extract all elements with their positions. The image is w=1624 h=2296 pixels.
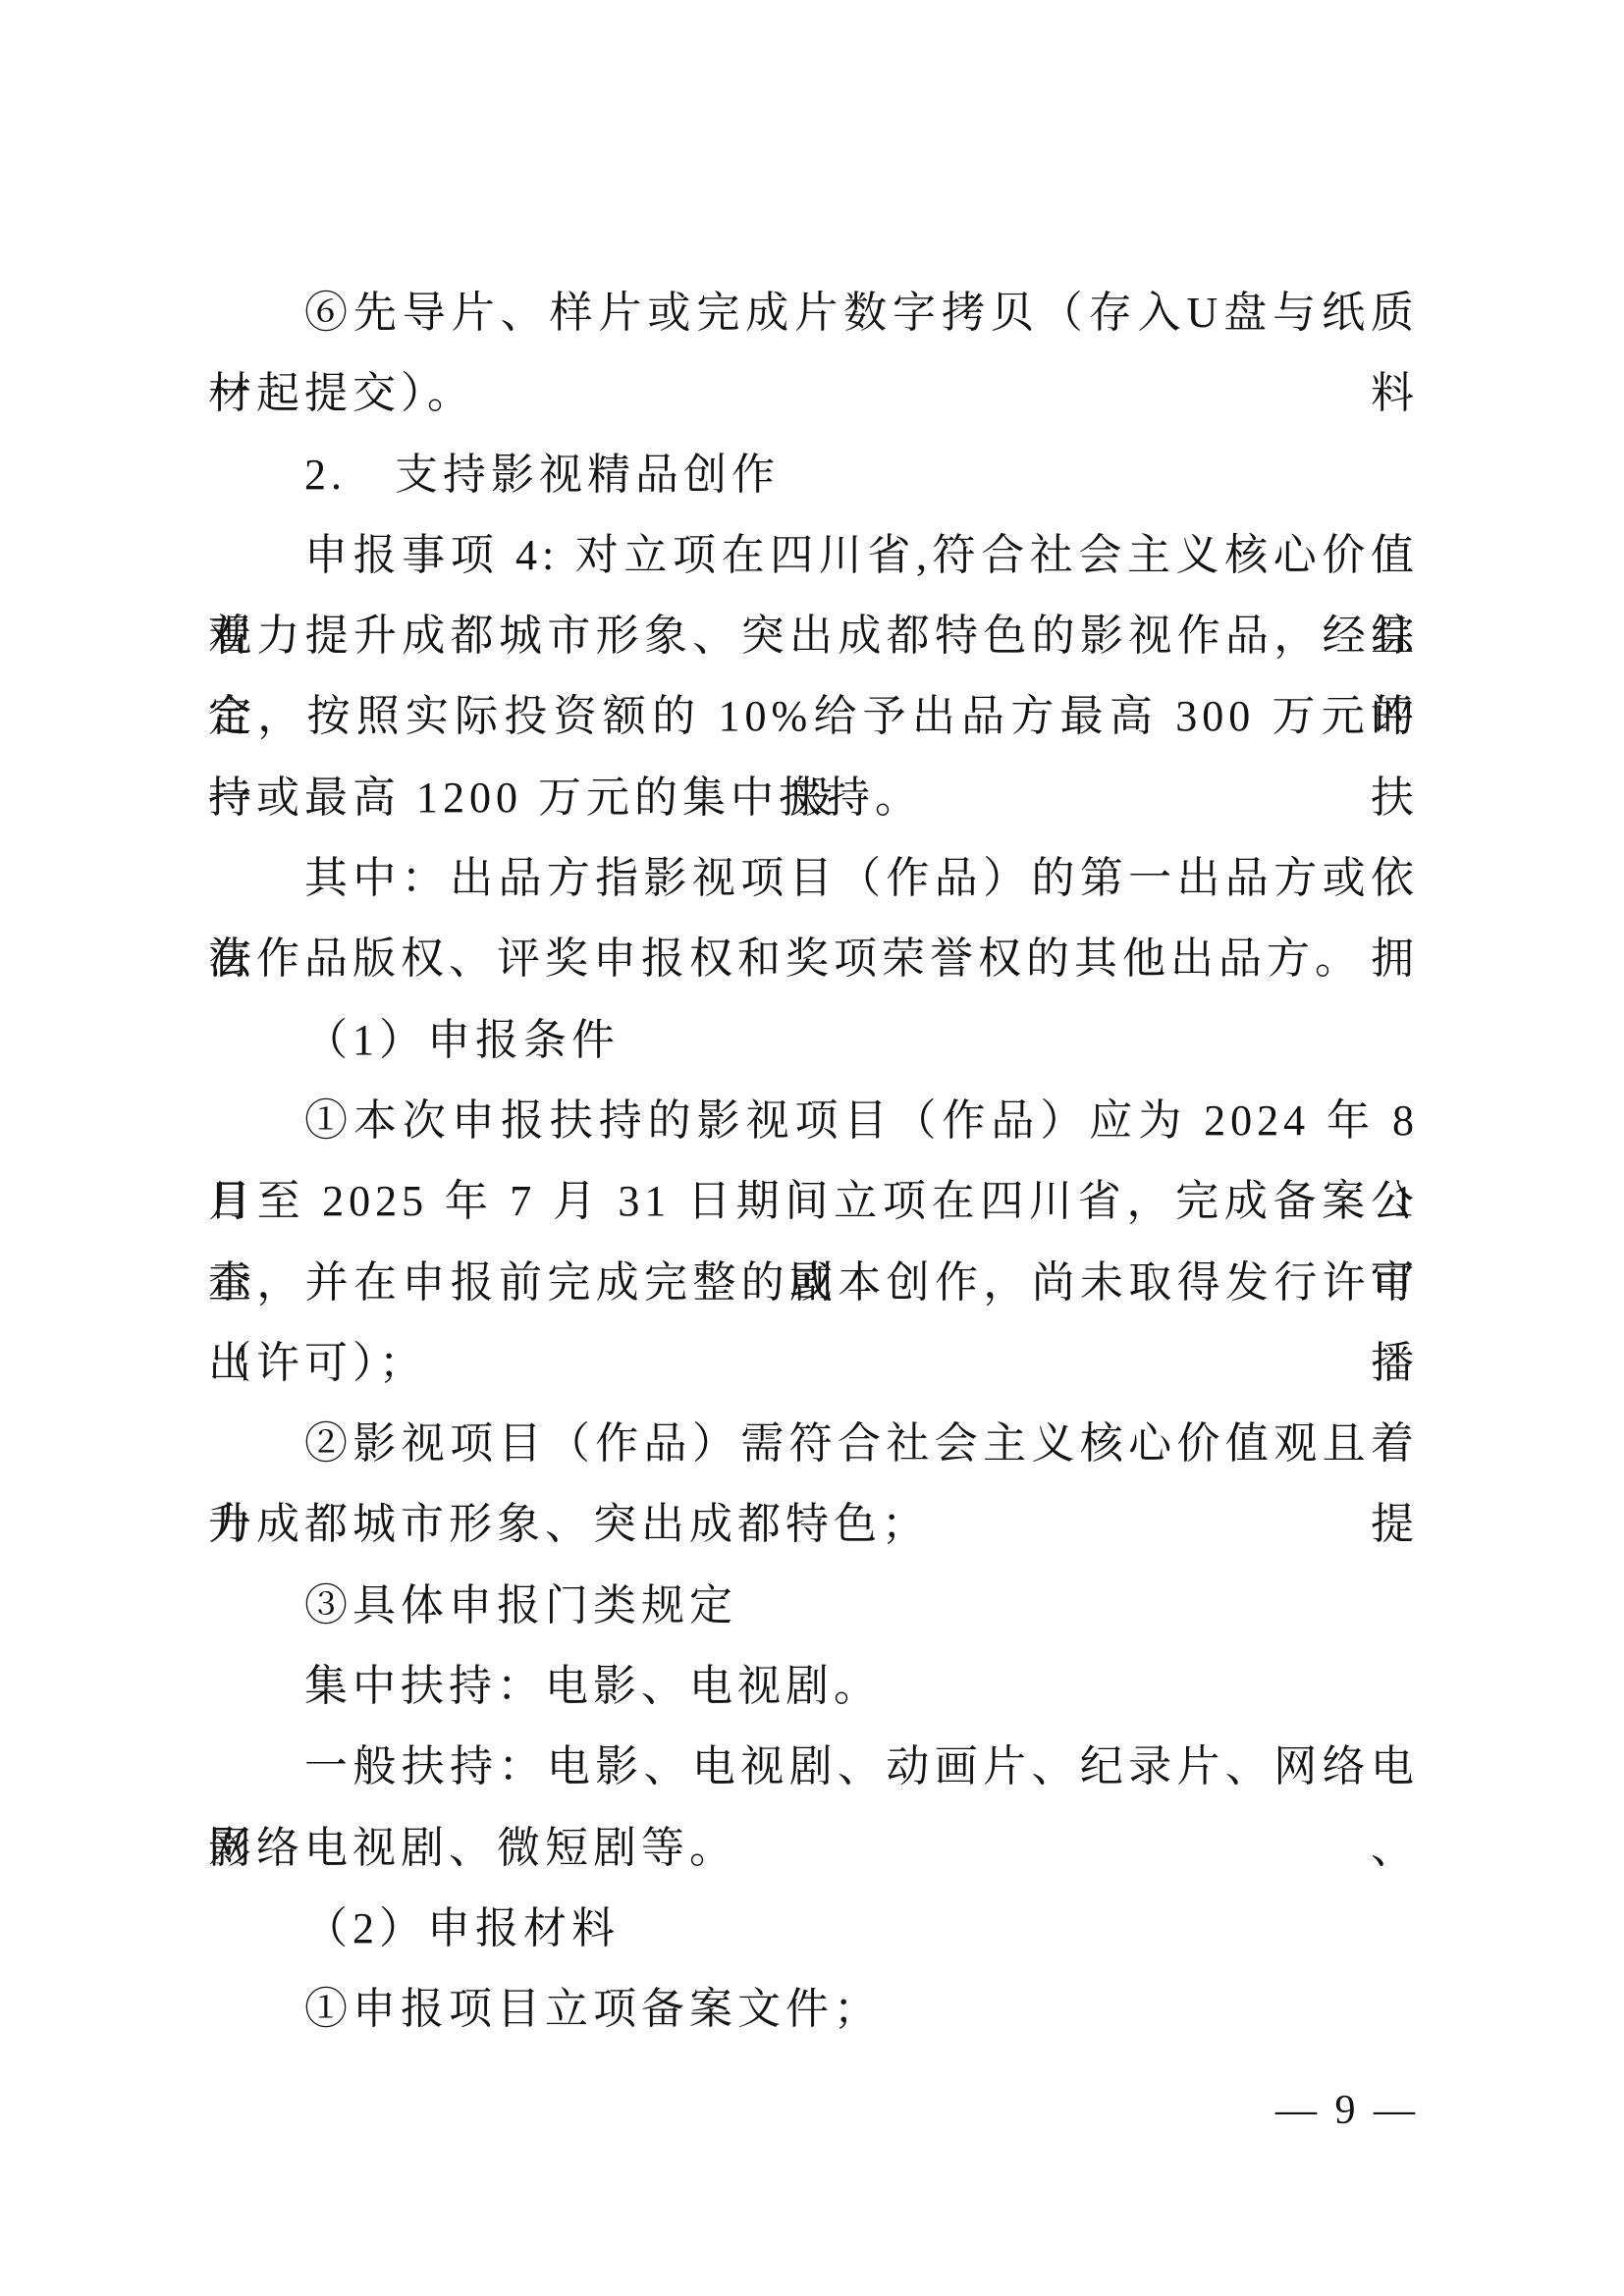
text-line: 其中：出品方指影视项目（作品）的第一出品方或依法拥 [208, 838, 1419, 919]
text-line: 查，并在申报前完成完整的剧本创作，尚未取得发行许可（播 [208, 1243, 1419, 1323]
text-line: 申报事项 4: 对立项在四川省,符合社会主义核心价值观且 [208, 515, 1419, 596]
text-line: 定，按照实际投资额的 10%给予出品方最高 300 万元的一般扶 [208, 676, 1419, 757]
text-line: 2. 支持影视精品创作 [208, 435, 1419, 515]
text-line: ⑥先导片、样片或完成片数字拷贝（存入U盘与纸质材料 [208, 273, 1419, 353]
text-line: ②影视项目（作品）需符合社会主义核心价值观且着力提 [208, 1404, 1419, 1484]
text-line: 着力提升成都城市形象、突出成都特色的影视作品，经综合评 [208, 596, 1419, 676]
text-line: 一般扶持：电影、电视剧、动画片、纪录片、网络电影、 [208, 1727, 1419, 1807]
text-line: （1）申报条件 [208, 1000, 1419, 1081]
document-body: ⑥先导片、样片或完成片数字拷贝（存入U盘与纸质材料一起提交）。2. 支持影视精品… [208, 273, 1419, 2051]
text-line: 集中扶持：电影、电视剧。 [208, 1646, 1419, 1727]
text-line: ①申报项目立项备案文件； [208, 1969, 1419, 2050]
text-line: ①本次申报扶持的影视项目（作品）应为 2024 年 8 月 1 [208, 1081, 1419, 1161]
text-line: 日至 2025 年 7 月 31 日期间立项在四川省，完成备案公示或审 [208, 1161, 1419, 1242]
page-footer: — 9 — [208, 2087, 1419, 2134]
text-line: ③具体申报门类规定 [208, 1566, 1419, 1646]
page-number: — 9 — [1275, 2088, 1419, 2133]
text-line: （2）申报材料 [208, 1889, 1419, 1969]
document-page: ⑥先导片、样片或完成片数字拷贝（存入U盘与纸质材料一起提交）。2. 支持影视精品… [0, 0, 1624, 2296]
text-line: 有作品版权、评奖申报权和奖项荣誉权的其他出品方。 [208, 919, 1419, 999]
